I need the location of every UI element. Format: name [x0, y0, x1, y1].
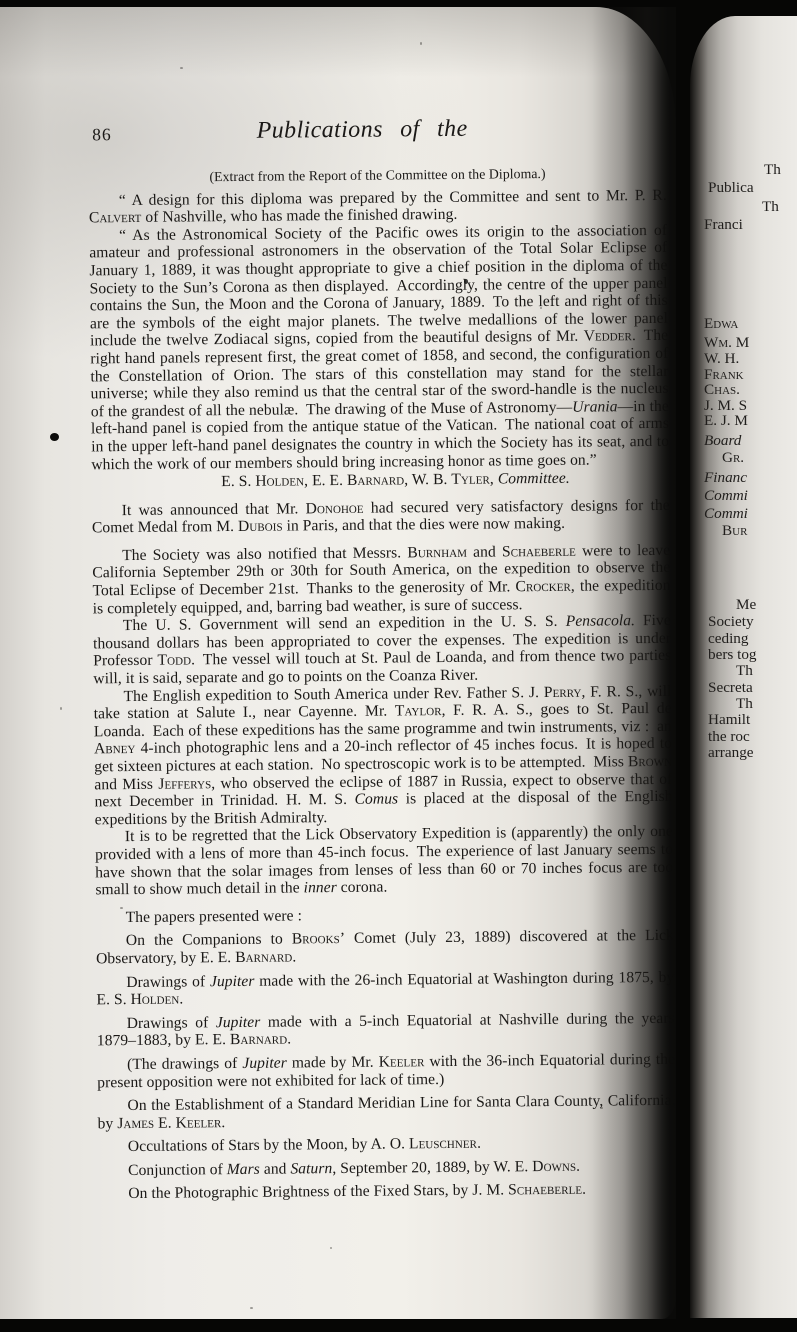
- paper-item: On the Photographic Brightness of the Fi…: [98, 1180, 676, 1203]
- scan-speck: [180, 67, 183, 69]
- text-body: (Extract from the Report of the Committe…: [88, 164, 676, 1204]
- right-page-text-fragment: Board: [704, 433, 741, 449]
- papers-presented-heading: The papers presented were :: [96, 904, 674, 927]
- paper-item: Drawings of Jupiter made with the 26-inc…: [96, 968, 674, 1009]
- book-scan: 86 Publications of the (Extract from the…: [0, 0, 797, 1332]
- extract-heading: (Extract from the Report of the Committe…: [88, 164, 666, 187]
- scan-speck: [120, 907, 123, 909]
- right-page-fragments: ThPublicaThFranciEdwaWm. MW. H.FrankChas…: [690, 16, 797, 1318]
- scan-speck: [330, 1247, 332, 1249]
- paper-item: (The drawings of Jupiter made by Mr. Kee…: [97, 1051, 675, 1092]
- right-page-text-fragment: bers tog: [708, 647, 757, 663]
- right-page-text-fragment: Financ: [704, 470, 747, 486]
- right-page-text-fragment: Secreta: [708, 680, 753, 696]
- paragraph-diploma-description: “ As the Astronomical Society of the Pac…: [89, 222, 669, 474]
- right-page-text-fragment: Chas.: [704, 382, 740, 398]
- right-page-text-fragment: Th: [736, 696, 753, 712]
- page-content: 86 Publications of the (Extract from the…: [88, 114, 676, 1204]
- paragraph-lick-expedition: It is to be regretted that the Lick Obse…: [95, 823, 674, 899]
- right-page-text-fragment: Th: [762, 199, 779, 215]
- paragraph-expedition-burnham: The Society was also notified that Messr…: [92, 542, 671, 618]
- right-page-text-fragment: Gr.: [722, 450, 744, 466]
- scan-speck: [600, 1107, 603, 1109]
- paragraph-comet-medal: It was announced that Mr. Donohoe had se…: [92, 497, 670, 538]
- right-page-text-fragment: Me: [736, 597, 756, 613]
- right-page-text-fragment: W. H.: [704, 351, 739, 367]
- paper-item: On the Establishment of a Standard Merid…: [97, 1092, 675, 1133]
- right-page-text-fragment: Commi: [704, 506, 748, 522]
- right-page-text-fragment: the roc: [708, 729, 750, 745]
- left-page: 86 Publications of the (Extract from the…: [0, 7, 676, 1319]
- scan-speck: [540, 307, 542, 309]
- paragraph-diploma-design: “ A design for this diploma was prepared…: [89, 186, 667, 227]
- running-title: Publications of the: [88, 114, 666, 147]
- paper-item: On the Companions to Brooks’ Comet (July…: [96, 927, 674, 968]
- scan-speck: [420, 42, 422, 45]
- paper-item: Drawings of Jupiter made with a 5-inch E…: [97, 1010, 675, 1051]
- right-page-text-fragment: Wm. M: [704, 335, 749, 351]
- paper-item: Occultations of Stars by the Moon, by A.…: [98, 1133, 676, 1156]
- page-header: 86 Publications of the: [88, 114, 666, 150]
- ink-spot: [464, 279, 468, 284]
- right-page: ThPublicaThFranciEdwaWm. MW. H.FrankChas…: [690, 16, 797, 1318]
- right-page-text-fragment: Commi: [704, 488, 748, 504]
- paragraph-us-government-expedition: The U. S. Government will send an expedi…: [93, 612, 672, 688]
- right-page-text-fragment: Hamilt: [708, 712, 750, 728]
- right-page-text-fragment: Edwa: [704, 316, 738, 332]
- right-page-text-fragment: Bur: [722, 523, 747, 539]
- right-page-text-fragment: Th: [764, 162, 781, 178]
- ink-spot: [50, 433, 59, 441]
- right-page-text-fragment: Th: [736, 663, 753, 679]
- page-number: 86: [92, 124, 112, 145]
- right-page-text-fragment: ceding: [708, 631, 748, 647]
- right-page-text-fragment: Publica: [708, 180, 754, 196]
- scan-speck: [60, 707, 62, 710]
- right-page-text-fragment: Society: [708, 614, 754, 630]
- right-page-text-fragment: E. J. M: [704, 413, 748, 429]
- paper-item: Conjunction of Mars and Saturn, Septembe…: [98, 1157, 676, 1180]
- right-page-text-fragment: Franci: [704, 217, 743, 233]
- scan-speck: [250, 1307, 253, 1309]
- paragraph-english-expedition: The English expedition to South America …: [93, 682, 672, 828]
- right-page-text-fragment: arrange: [708, 745, 754, 761]
